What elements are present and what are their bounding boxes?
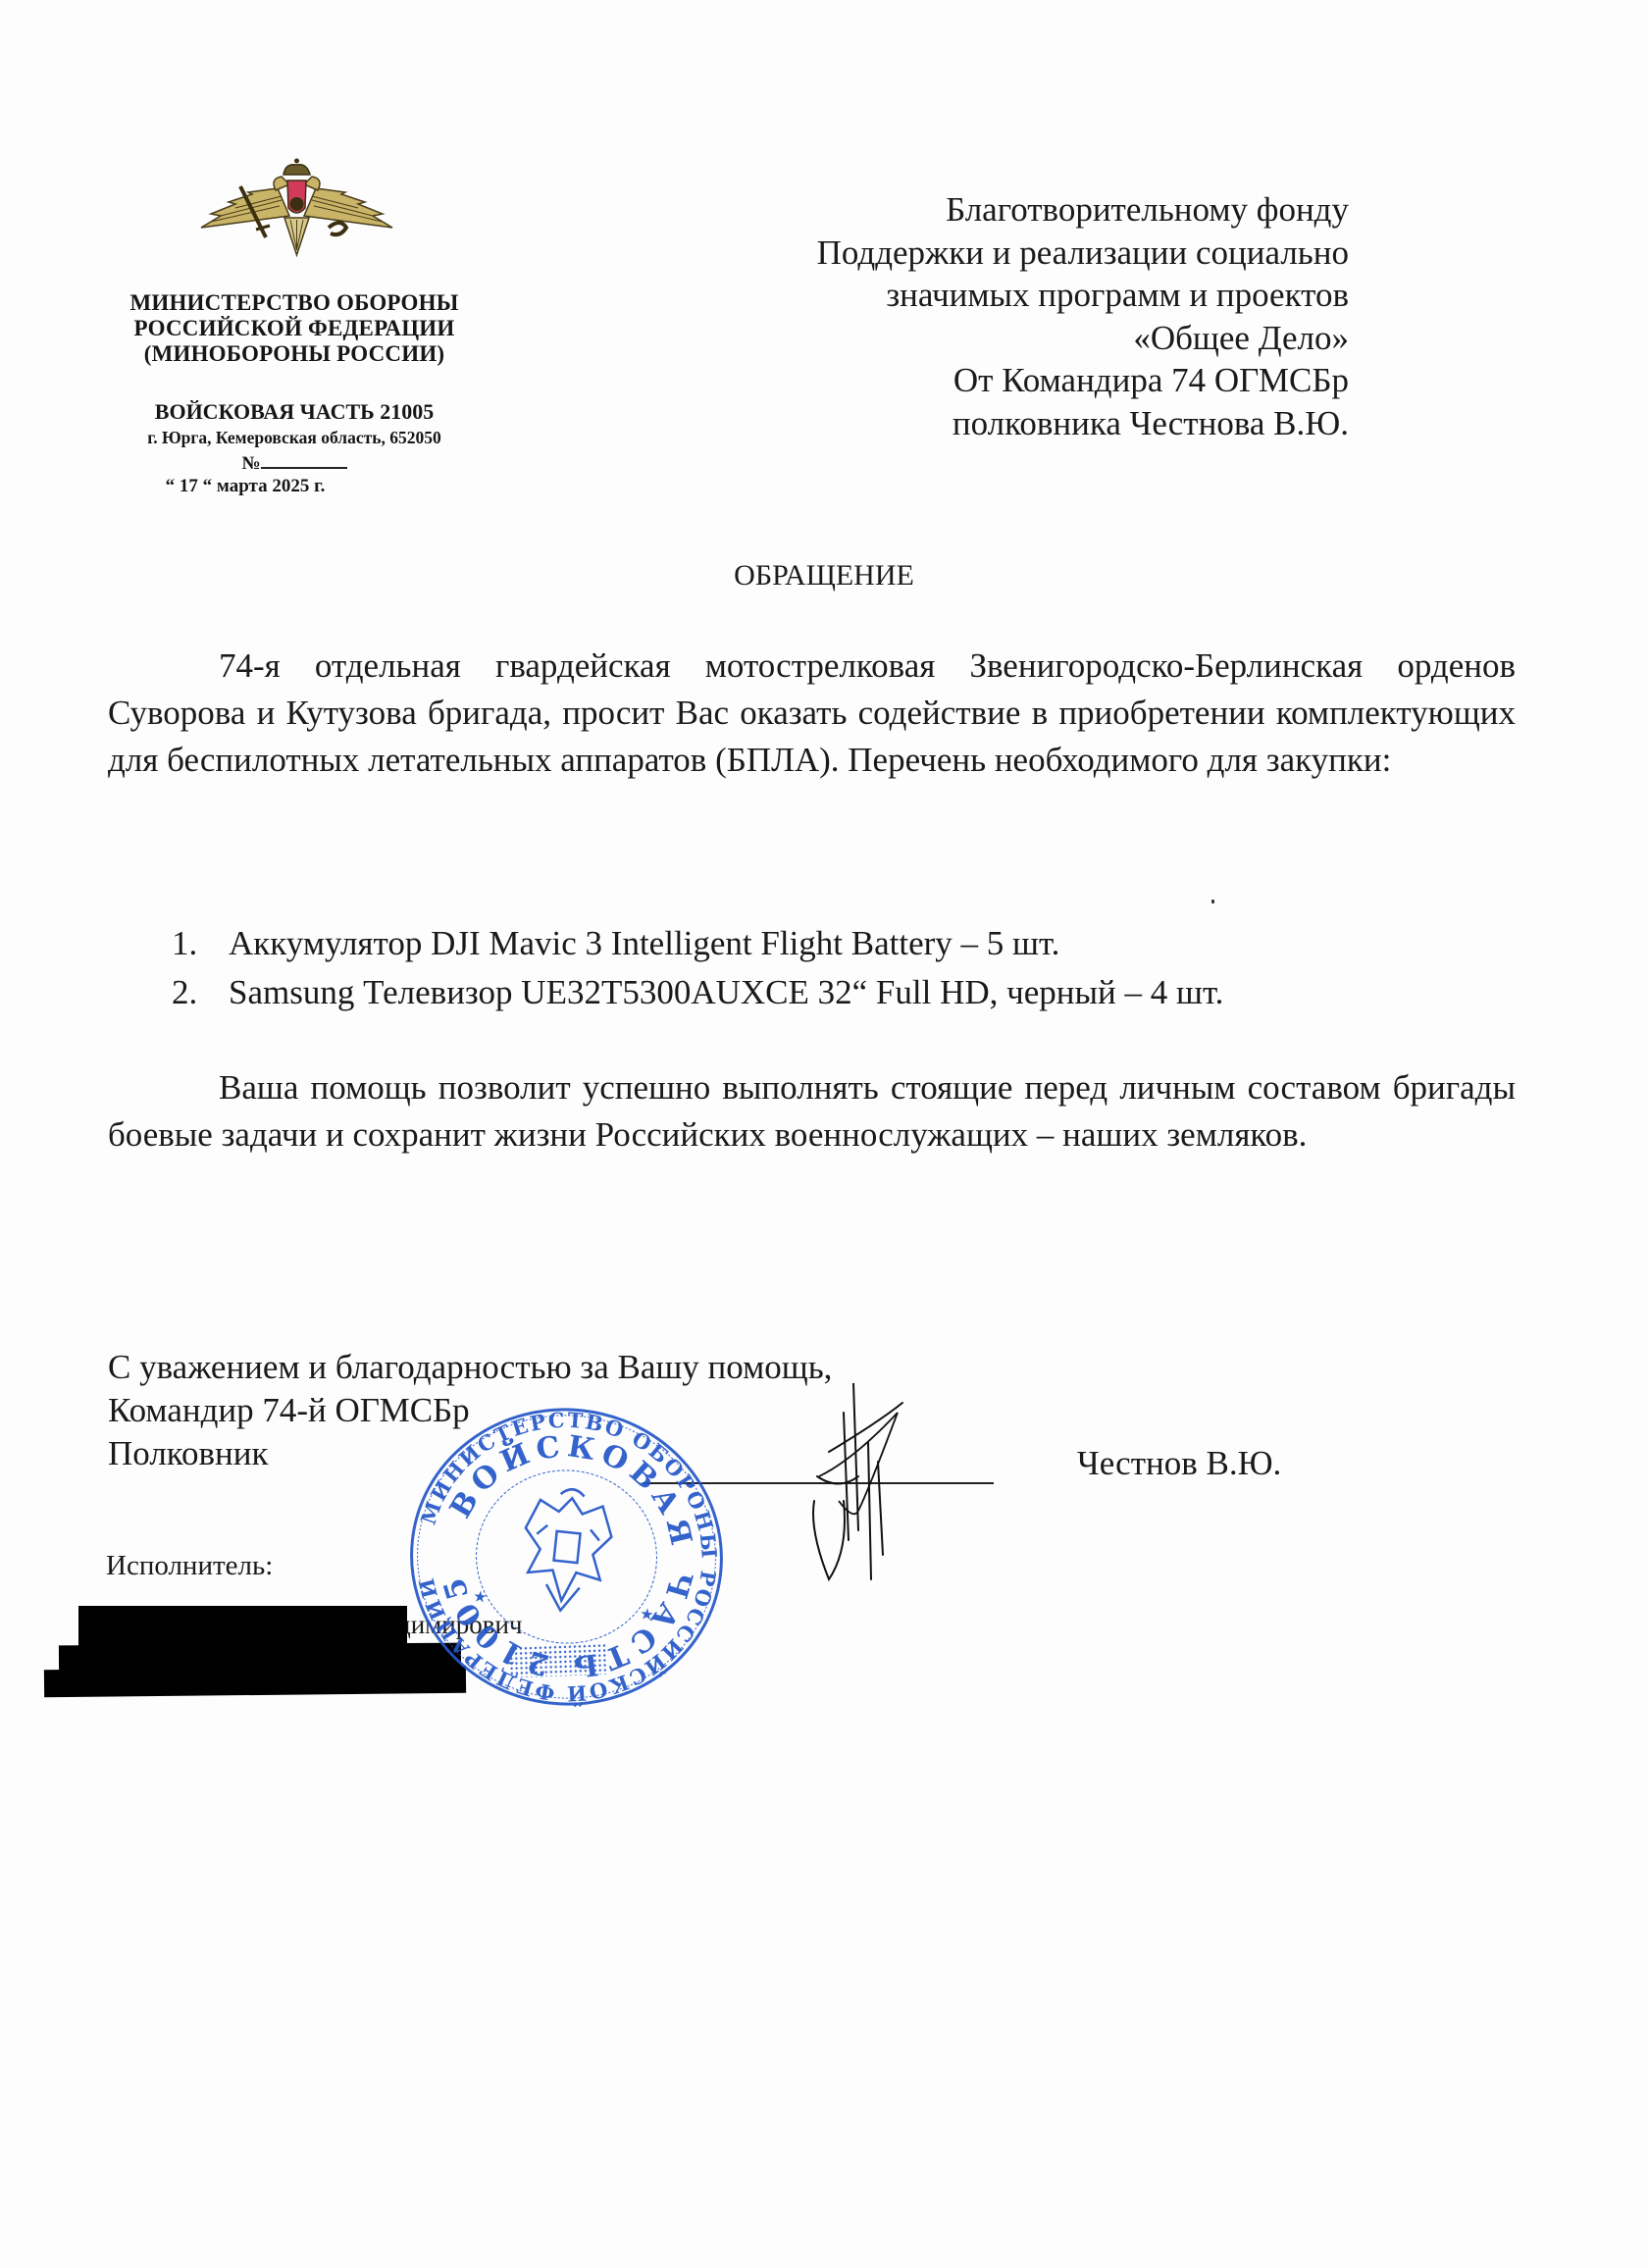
- list-item: 1.Аккумулятор DJI Mavic 3 Intelligent Fl…: [172, 919, 1223, 968]
- help-paragraph: Ваша помощь позволит успешно выполнять с…: [108, 1064, 1516, 1159]
- scan-speck: [1211, 900, 1214, 903]
- document-date: “ 17 “ марта 2025 г.: [98, 475, 392, 498]
- ministry-line-1: МИНИСТЕРСТВО ОБОРОНЫ: [108, 290, 481, 316]
- ministry-emblem-icon: [191, 157, 402, 265]
- addressee-block: Благотворительному фонду Поддержки и реа…: [817, 188, 1349, 444]
- number-label: №: [241, 453, 260, 474]
- addressee-line: От Командира 74 ОГМСБр: [817, 359, 1349, 402]
- unit-address: г. Юрга, Кемеровская область, 652050: [108, 427, 481, 448]
- handwritten-signature: [799, 1383, 907, 1594]
- addressee-line: «Общее Дело»: [817, 317, 1349, 360]
- svg-text:★: ★: [472, 1586, 488, 1606]
- list-item: 2.Samsung Телевизор UE32T5300AUXCE 32“ F…: [172, 968, 1223, 1017]
- addressee-line: полковника Честнова В.Ю.: [817, 402, 1349, 445]
- list-item-text: Аккумулятор DJI Mavic 3 Intelligent Flig…: [229, 924, 1059, 962]
- purchase-list: 1.Аккумулятор DJI Mavic 3 Intelligent Fl…: [172, 919, 1223, 1017]
- list-item-text: Samsung Телевизор UE32T5300AUXCE 32“ Ful…: [229, 973, 1223, 1011]
- addressee-line: Благотворительному фонду: [817, 188, 1349, 232]
- list-item-number: 2.: [172, 968, 229, 1017]
- list-item-number: 1.: [172, 919, 229, 968]
- ministry-line-2: РОССИЙСКОЙ ФЕДЕРАЦИИ: [108, 316, 481, 341]
- ministry-name: МИНИСТЕРСТВО ОБОРОНЫ РОССИЙСКОЙ ФЕДЕРАЦИ…: [108, 290, 481, 367]
- executor-label: Исполнитель:: [106, 1548, 273, 1583]
- document-page: МИНИСТЕРСТВО ОБОРОНЫ РОССИЙСКОЙ ФЕДЕРАЦИ…: [0, 0, 1648, 2268]
- addressee-line: Поддержки и реализации социально: [817, 232, 1349, 275]
- official-stamp-icon: МИНИСТЕРСТВО ОБОРОНЫ РОССИЙСКОЙ ФЕДЕРАЦИ…: [392, 1389, 742, 1725]
- svg-text:★: ★: [639, 1604, 654, 1624]
- signer-name: Честнов В.Ю.: [1077, 1442, 1281, 1485]
- ministry-line-3: (МИНОБОРОНЫ РОССИИ): [108, 341, 481, 367]
- document-title: ОБРАЩЕНИЕ: [0, 559, 1648, 593]
- military-unit: ВОЙСКОВАЯ ЧАСТЬ 21005: [108, 399, 481, 425]
- closing-line: С уважением и благодарностью за Вашу пом…: [108, 1346, 832, 1389]
- number-blank: [261, 449, 347, 469]
- request-paragraph: 74-я отдельная гвардейская мотострелкова…: [108, 643, 1516, 784]
- document-number: №: [108, 449, 481, 476]
- addressee-line: значимых программ и проектов: [817, 274, 1349, 317]
